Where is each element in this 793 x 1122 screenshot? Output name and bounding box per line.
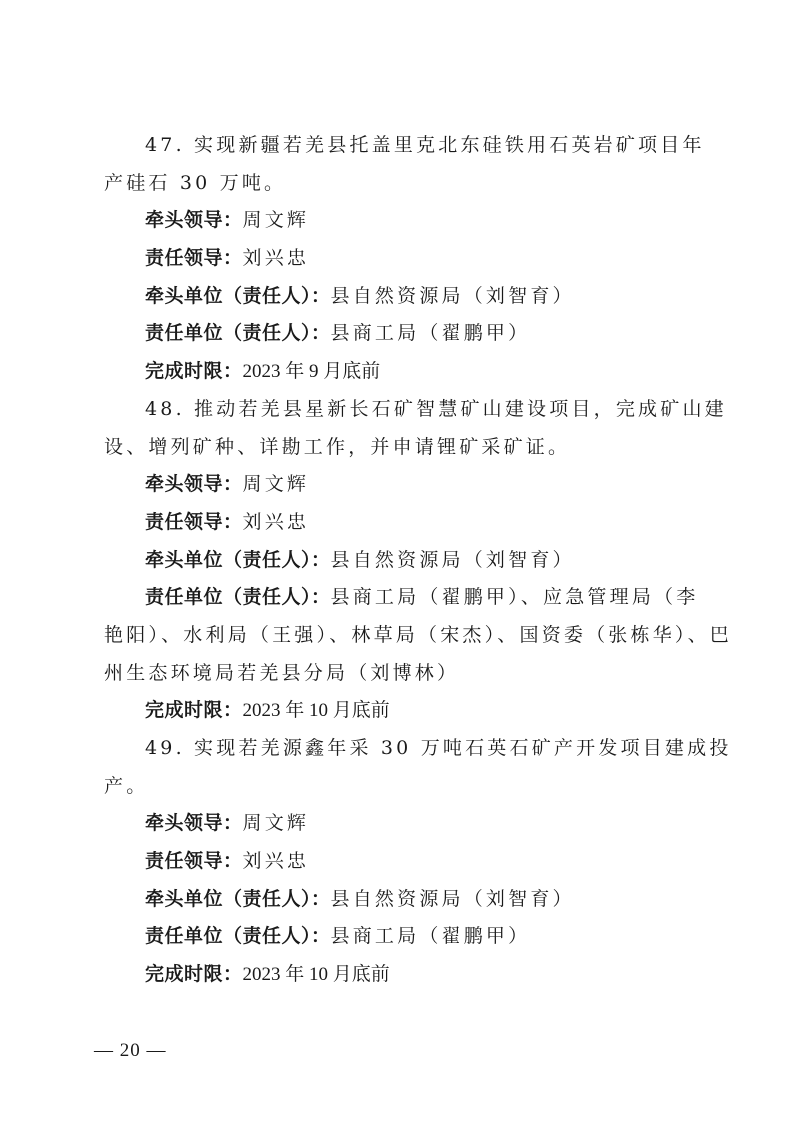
lead-leader-row: 牵头领导：周文辉 xyxy=(104,466,694,504)
task-title-line2: 设、增列矿种、详勘工作，并申请锂矿采矿证。 xyxy=(104,429,694,467)
lead-unit-label: 牵头单位（责任人）： xyxy=(145,888,331,910)
resp-leader-row: 责任领导：刘兴忠 xyxy=(104,240,694,278)
task-item-49: 49. 实现若羌源鑫年采 30 万吨石英石矿产开发项目建成投 产。 牵头领导：周… xyxy=(104,730,694,994)
document-page: 47. 实现新疆若羌县托盖里克北东硅铁用石英岩矿项目年 产硅石 30 万吨。 牵… xyxy=(0,0,793,1122)
lead-leader-row: 牵头领导：周文辉 xyxy=(104,805,694,843)
resp-leader-row: 责任领导：刘兴忠 xyxy=(104,843,694,881)
resp-unit-row: 责任单位（责任人）：县商工局（翟鹏甲） xyxy=(104,315,694,353)
deadline-row: 完成时限：2023 年 10 月底前 xyxy=(104,692,694,730)
task-item-47: 47. 实现新疆若羌县托盖里克北东硅铁用石英岩矿项目年 产硅石 30 万吨。 牵… xyxy=(104,127,694,391)
lead-unit-row: 牵头单位（责任人）：县自然资源局（刘智育） xyxy=(104,542,694,580)
resp-leader-label: 责任领导： xyxy=(145,247,243,269)
lead-leader-value: 周文辉 xyxy=(243,473,310,495)
lead-leader-label: 牵头领导： xyxy=(145,473,243,495)
resp-unit-value-line1: 县商工局（翟鹏甲）、应急管理局（李 xyxy=(331,586,699,608)
resp-unit-value-line2: 艳阳）、水利局（王强）、林草局（宋杰）、国资委（张栋华）、巴 xyxy=(104,617,694,655)
resp-unit-label: 责任单位（责任人）： xyxy=(145,925,331,947)
resp-leader-value: 刘兴忠 xyxy=(243,850,310,872)
task-title-line1: 48. 推动若羌县星新长石矿智慧矿山建设项目，完成矿山建 xyxy=(104,391,694,429)
task-item-48: 48. 推动若羌县星新长石矿智慧矿山建设项目，完成矿山建 设、增列矿种、详勘工作… xyxy=(104,391,694,730)
resp-unit-row: 责任单位（责任人）：县商工局（翟鹏甲） xyxy=(104,918,694,956)
resp-leader-label: 责任领导： xyxy=(145,511,243,533)
lead-leader-row: 牵头领导：周文辉 xyxy=(104,202,694,240)
lead-leader-value: 周文辉 xyxy=(243,209,310,231)
lead-unit-value: 县自然资源局（刘智育） xyxy=(331,285,575,307)
lead-unit-label: 牵头单位（责任人）： xyxy=(145,549,331,571)
lead-unit-value: 县自然资源局（刘智育） xyxy=(331,888,575,910)
deadline-label: 完成时限： xyxy=(145,699,243,721)
resp-unit-value: 县商工局（翟鹏甲） xyxy=(331,322,531,344)
lead-unit-row: 牵头单位（责任人）：县自然资源局（刘智育） xyxy=(104,881,694,919)
resp-unit-label: 责任单位（责任人）： xyxy=(145,322,331,344)
deadline-row: 完成时限：2023 年 10 月底前 xyxy=(104,956,694,994)
resp-unit-value: 县商工局（翟鹏甲） xyxy=(331,925,531,947)
task-title-line1: 47. 实现新疆若羌县托盖里克北东硅铁用石英岩矿项目年 xyxy=(104,127,694,165)
deadline-value: 2023 年 10 月底前 xyxy=(243,964,390,985)
lead-leader-label: 牵头领导： xyxy=(145,209,243,231)
page-content: 47. 实现新疆若羌县托盖里克北东硅铁用石英岩矿项目年 产硅石 30 万吨。 牵… xyxy=(104,127,694,994)
task-title-line2: 产硅石 30 万吨。 xyxy=(104,165,694,203)
lead-unit-row: 牵头单位（责任人）：县自然资源局（刘智育） xyxy=(104,278,694,316)
lead-leader-value: 周文辉 xyxy=(243,812,310,834)
deadline-value: 2023 年 9 月底前 xyxy=(243,361,381,382)
lead-unit-label: 牵头单位（责任人）： xyxy=(145,285,331,307)
task-title-line2: 产。 xyxy=(104,768,694,806)
lead-unit-value: 县自然资源局（刘智育） xyxy=(331,549,575,571)
resp-leader-row: 责任领导：刘兴忠 xyxy=(104,504,694,542)
resp-unit-value-line3: 州生态环境局若羌县分局（刘博林） xyxy=(104,655,694,693)
lead-leader-label: 牵头领导： xyxy=(145,812,243,834)
deadline-value: 2023 年 10 月底前 xyxy=(243,700,390,721)
resp-leader-value: 刘兴忠 xyxy=(243,511,310,533)
deadline-label: 完成时限： xyxy=(145,963,243,985)
resp-leader-value: 刘兴忠 xyxy=(243,247,310,269)
deadline-label: 完成时限： xyxy=(145,360,243,382)
resp-unit-row: 责任单位（责任人）：县商工局（翟鹏甲）、应急管理局（李 xyxy=(104,579,694,617)
deadline-row: 完成时限：2023 年 9 月底前 xyxy=(104,353,694,391)
resp-leader-label: 责任领导： xyxy=(145,850,243,872)
task-title-line1: 49. 实现若羌源鑫年采 30 万吨石英石矿产开发项目建成投 xyxy=(104,730,694,768)
resp-unit-label: 责任单位（责任人）： xyxy=(145,586,331,608)
page-number: — 20 — xyxy=(94,1040,167,1062)
